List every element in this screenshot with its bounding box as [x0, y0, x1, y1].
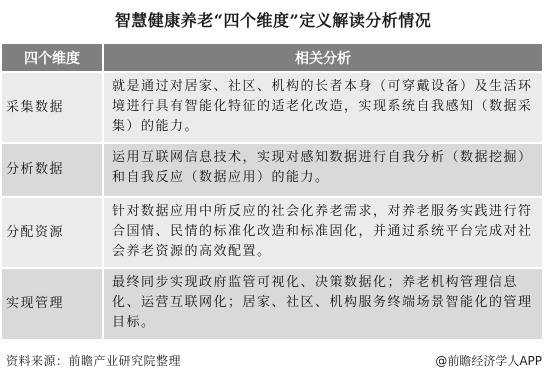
analysis-cell: 运用互联网信息技术，实现对感知数据进行自我分析（数据挖掘）和自我反应（数据应用）…: [103, 143, 543, 197]
credit-note: @前瞻经济学人APP: [435, 352, 542, 369]
dimensions-table: 四个维度 相关分析 采集数据 就是通过对居家、社区、机构的长者本身（可穿戴设备）…: [2, 44, 544, 341]
dimension-cell: 实现管理: [2, 268, 103, 340]
page-title: 智慧健康养老“四个维度”定义解读分析情况: [0, 8, 546, 31]
table-row: 采集数据 就是通过对居家、社区、机构的长者本身（可穿戴设备）及生活环境进行具有智…: [2, 72, 543, 143]
header-dimension: 四个维度: [2, 44, 103, 72]
dimension-cell: 分析数据: [2, 143, 103, 197]
table-row: 实现管理 最终同步实现政府监管可视化、决策数据化；养老机构管理信息化、运营互联网…: [2, 268, 543, 340]
dimension-cell: 采集数据: [2, 72, 103, 143]
analysis-cell: 针对数据应用中所反应的社会化养老需求，对养老服务实践进行符合国情、民情的标准化改…: [103, 197, 543, 268]
dimension-cell: 分配资源: [2, 197, 103, 268]
table-row: 分配资源 针对数据应用中所反应的社会化养老需求，对养老服务实践进行符合国情、民情…: [2, 197, 543, 268]
source-note: 资料来源：前瞻产业研究院整理: [6, 352, 181, 369]
analysis-cell: 就是通过对居家、社区、机构的长者本身（可穿戴设备）及生活环境进行具有智能化特征的…: [103, 72, 543, 143]
header-analysis: 相关分析: [103, 44, 543, 72]
analysis-cell: 最终同步实现政府监管可视化、决策数据化；养老机构管理信息化、运营互联网化；居家、…: [103, 268, 543, 340]
table-header-row: 四个维度 相关分析: [2, 44, 543, 72]
table-row: 分析数据 运用互联网信息技术，实现对感知数据进行自我分析（数据挖掘）和自我反应（…: [2, 143, 543, 197]
